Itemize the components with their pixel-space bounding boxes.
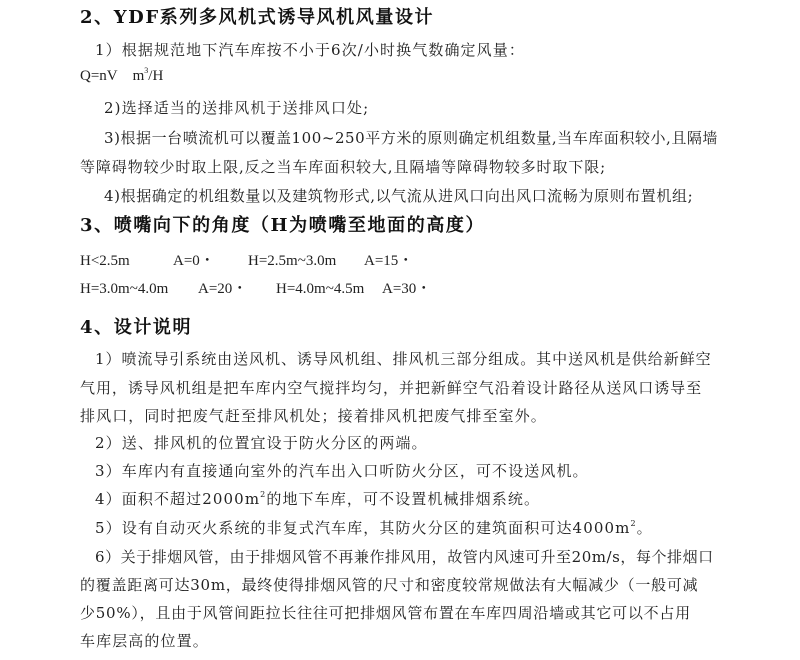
section-4-item-3: 3）车库内有直接通向室外的汽车出入口听防火分区，可不设送风机。 bbox=[95, 461, 589, 481]
section-4-heading: 4、设计说明 bbox=[80, 316, 192, 340]
section-4-item-4: 4）面积不超过2000m2的地下车库，可不设置机械排烟系统。 bbox=[95, 489, 540, 509]
section-4-item-6-line-1: 6）关于排烟风管，由于排烟风管不再兼作排风用，故管内风速可升至20m/s，每个排… bbox=[95, 547, 714, 567]
height-range: H=3.0m~4.0m bbox=[80, 279, 168, 299]
section-4-item-5: 5）设有自动灭火系统的非复式汽车库，其防火分区的建筑面积可达4000m2。 bbox=[95, 518, 653, 538]
height-range: H=4.0m~4.5m bbox=[276, 279, 364, 299]
section-2-item-3-line-1: 3)根据一台喷流机可以覆盖100~250平方米的原则确定机组数量,当车库面积较小… bbox=[104, 128, 718, 148]
angle-value: A=0・ bbox=[173, 251, 215, 271]
item-4-text-after: 的地下车库，可不设置机械排烟系统。 bbox=[266, 490, 540, 508]
formula-main: Q=nV bbox=[80, 68, 118, 84]
section-4-item-2: 2）送、排风机的位置宜设于防火分区的两端。 bbox=[95, 433, 428, 453]
height-range: H=2.5m~3.0m bbox=[248, 251, 336, 271]
angle-value: A=20・ bbox=[198, 279, 247, 299]
section-4-item-6-line-2: 的覆盖距离可达30m，最终使得排烟风管的尺寸和密度较常规做法有大幅减少（一般可减 bbox=[80, 575, 698, 595]
item-5-text-before: 5）设有自动灭火系统的非复式汽车库，其防火分区的建筑面积可达4000m bbox=[95, 519, 630, 537]
angle-value: A=30・ bbox=[382, 279, 431, 299]
height-range: H<2.5m bbox=[80, 251, 130, 271]
section-4-item-6-line-3: 少50%），且由于风管间距拉长往往可把排烟风管布置在车库四周沿墙或其它可以不占用 bbox=[80, 603, 691, 623]
formula-unit-tail: /H bbox=[148, 68, 163, 84]
item-4-text-before: 4）面积不超过2000m bbox=[95, 490, 260, 508]
section-3-heading: 3、喷嘴向下的角度（H为喷嘴至地面的高度） bbox=[80, 214, 485, 238]
section-2-item-3-line-2: 等障碍物较少时取上限,反之当车库面积较大,且隔墙等障碍物较多时取下限; bbox=[80, 157, 606, 177]
section-2-item-2: 2)选择适当的送排风机于送排风口处; bbox=[104, 98, 369, 118]
section-4-item-1-line-2: 气用，诱导风机组是把车库内空气搅拌均匀，并把新鲜空气沿着设计路径从送风口诱导至 bbox=[80, 378, 702, 398]
formula-unit-base: m bbox=[133, 68, 145, 84]
air-volume-formula: Q=nV m3/H bbox=[80, 66, 163, 86]
item-5-text-after: 。 bbox=[637, 519, 653, 537]
section-2-heading: 2、YDF系列多风机式诱导风机风量设计 bbox=[80, 6, 434, 30]
section-2-item-1: 1）根据规范地下汽车库按不小于6次/小时换气数确定风量： bbox=[95, 40, 525, 60]
section-4-item-6-line-4: 车库层高的位置。 bbox=[80, 631, 209, 651]
section-2-item-4: 4)根据确定的机组数量以及建筑物形式,以气流从进风口向出风口流畅为原则布置机组; bbox=[104, 186, 693, 206]
section-4-item-1-line-1: 1）喷流导引系统由送风机、诱导风机组、排风机三部分组成。其中送风机是供给新鲜空 bbox=[95, 349, 712, 369]
angle-value: A=15・ bbox=[364, 251, 413, 271]
section-4-item-1-line-3: 排风口，同时把废气赶至排风机处；接着排风机把废气排至室外。 bbox=[80, 406, 547, 426]
